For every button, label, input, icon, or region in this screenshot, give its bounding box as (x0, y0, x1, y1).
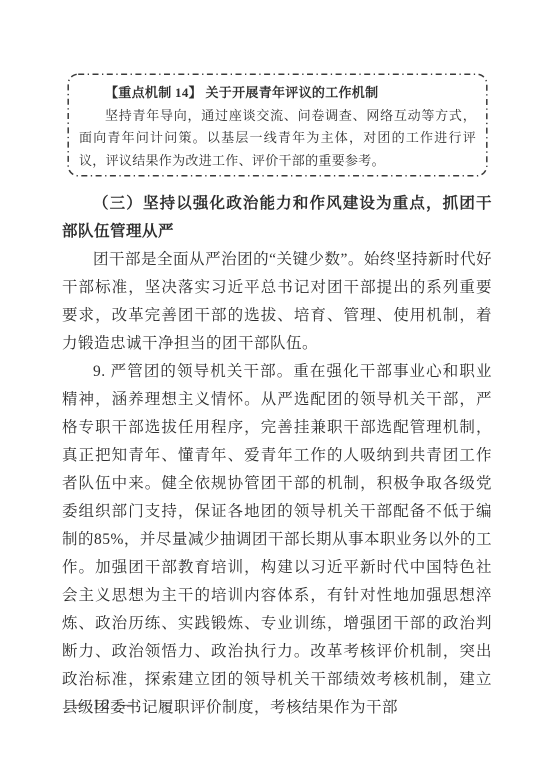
key-mechanism-box: 【重点机制 14】 关于开展青年评议的工作机制 坚持青年导向，通过座谈交流、问卷… (67, 73, 488, 177)
document-page: 【重点机制 14】 关于开展青年评议的工作机制 坚持青年导向，通过座谈交流、问卷… (0, 0, 552, 777)
main-text-block: （三）坚持以强化政治能力和作风建设为重点，抓团干部队伍管理从严 团干部是全面从严… (62, 190, 492, 722)
paragraph-1: 团干部是全面从严治团的“关键少数”。始终坚持新时代好干部标准，坚决落实习近平总书… (62, 246, 492, 358)
callout-content: 【重点机制 14】 关于开展青年评议的工作机制 坚持青年导向，通过座谈交流、问卷… (67, 73, 488, 178)
callout-title: 【重点机制 14】 关于开展青年评议的工作机制 (79, 82, 476, 105)
paragraph-2: 9. 严管团的领导机关干部。重在强化干部事业心和职业精神，涵养理想主义情怀。从严… (62, 358, 492, 722)
page-number: — 12 — (70, 697, 135, 714)
section-heading: （三）坚持以强化政治能力和作风建设为重点，抓团干部队伍管理从严 (62, 190, 492, 246)
callout-body: 坚持青年导向，通过座谈交流、问卷调查、网络互动等方式，面向青年问计问策。以基层一… (79, 105, 476, 173)
